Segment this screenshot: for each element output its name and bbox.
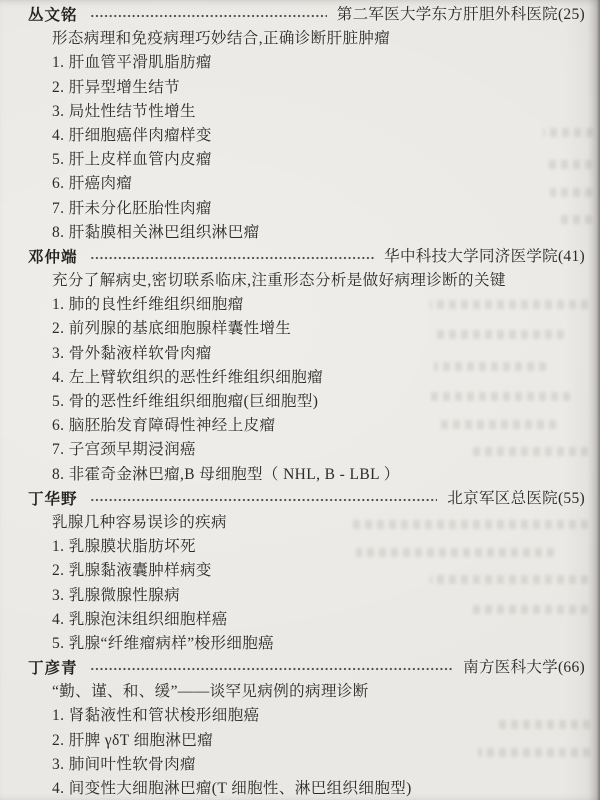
affiliation-and-page: 第二军医大学东方肝胆外科医院(25): [337, 3, 585, 27]
case-item: 3. 肺间叶性软骨肉瘤: [52, 753, 585, 777]
case-item: 2. 肝脾 γδT 细胞淋巴瘤: [52, 729, 585, 753]
case-item: 3. 乳腺微腺性腺病: [52, 584, 585, 608]
case-list: 1. 肝血管平滑肌脂肪瘤 2. 肝异型增生结节 3. 局灶性结节性增生 4. 肝…: [28, 51, 585, 245]
speaker-name: 丁彦青: [28, 656, 78, 680]
case-item: 6. 肝癌肉瘤: [52, 172, 585, 196]
case-item: 1. 肝血管平滑肌脂肪瘤: [52, 51, 585, 75]
case-item: 5. 骨的恶性纤维组织细胞瘤(巨细胞型): [52, 390, 585, 414]
case-item: 6. 脑胚胎发育障碍性神经上皮瘤: [52, 414, 585, 438]
scanned-page: 丛文铭 第二军医大学东方肝胆外科医院(25) 形态病理和免疫病理巧妙结合,正确诊…: [0, 0, 600, 800]
affiliation-and-page: 北京军区总医院(55): [447, 487, 585, 511]
dot-leader: [90, 498, 438, 502]
case-item: 3. 局灶性结节性增生: [52, 100, 585, 124]
speaker-name: 丛文铭: [28, 3, 78, 27]
case-list: 1. 乳腺膜状脂肪坏死 2. 乳腺黏液囊肿样病变 3. 乳腺微腺性腺病 4. 乳…: [28, 535, 585, 656]
toc-entry-header: 丛文铭 第二军医大学东方肝胆外科医院(25): [28, 3, 585, 27]
case-item: 2. 肝异型增生结节: [52, 76, 585, 100]
case-item: 7. 子宫颈早期浸润癌: [52, 438, 585, 462]
case-item: 8. 肝黏膜相关淋巴组织淋巴瘤: [52, 221, 585, 245]
lecture-title: 充分了解病史,密切联系临床,注重形态分析是做好病理诊断的关键: [52, 269, 585, 293]
toc-section: 丁华野 北京军区总医院(55) 乳腺几种容易误诊的疾病 1. 乳腺膜状脂肪坏死 …: [28, 487, 585, 656]
speaker-name: 邓仲端: [28, 245, 78, 269]
case-item: 1. 肺的良性纤维组织细胞瘤: [52, 293, 585, 317]
case-item: 5. 肝上皮样血管内皮瘤: [52, 148, 585, 172]
toc-entry-header: 丁华野 北京军区总医院(55): [28, 487, 585, 511]
case-list: 1. 肾黏液性和管状梭形细胞癌 2. 肝脾 γδT 细胞淋巴瘤 3. 肺间叶性软…: [28, 704, 585, 800]
lecture-title: 形态病理和免疫病理巧妙结合,正确诊断肝脏肿瘤: [52, 27, 585, 51]
case-item: 1. 肾黏液性和管状梭形细胞癌: [52, 704, 585, 728]
toc-section: 丁彦青 南方医科大学(66) “勤、谨、和、缓”——谈罕见病例的病理诊断 1. …: [28, 656, 585, 800]
case-item: 7. 肝未分化胚胎性肉瘤: [52, 197, 585, 221]
lecture-title: 乳腺几种容易误诊的疾病: [52, 511, 585, 535]
case-item: 1. 乳腺膜状脂肪坏死: [52, 535, 585, 559]
case-item: 8. 非霍奇金淋巴瘤,B 母细胞型（ NHL, B - LBL ）: [52, 463, 585, 487]
case-item: 4. 间变性大细胞淋巴瘤(T 细胞性、淋巴组织细胞型): [52, 777, 585, 800]
case-item: 4. 乳腺泡沫组织细胞样癌: [52, 608, 585, 632]
toc-entry-header: 丁彦青 南方医科大学(66): [28, 656, 585, 680]
case-item: 2. 前列腺的基底细胞腺样囊性增生: [52, 317, 585, 341]
toc-section: 丛文铭 第二军医大学东方肝胆外科医院(25) 形态病理和免疫病理巧妙结合,正确诊…: [28, 3, 585, 245]
case-item: 5. 乳腺“纤维瘤病样”梭形细胞癌: [52, 632, 585, 656]
case-item: 3. 骨外黏液样软骨肉瘤: [52, 342, 585, 366]
table-of-contents: 丛文铭 第二军医大学东方肝胆外科医院(25) 形态病理和免疫病理巧妙结合,正确诊…: [0, 0, 600, 800]
dot-leader: [90, 14, 327, 18]
dot-leader: [90, 256, 375, 260]
case-item: 2. 乳腺黏液囊肿样病变: [52, 559, 585, 583]
dot-leader: [90, 667, 454, 671]
lecture-title: “勤、谨、和、缓”——谈罕见病例的病理诊断: [52, 680, 585, 704]
toc-entry-header: 邓仲端 华中科技大学同济医学院(41): [28, 245, 585, 269]
speaker-name: 丁华野: [28, 487, 78, 511]
toc-section: 邓仲端 华中科技大学同济医学院(41) 充分了解病史,密切联系临床,注重形态分析…: [28, 245, 585, 487]
case-item: 4. 肝细胞癌伴肉瘤样变: [52, 124, 585, 148]
affiliation-and-page: 南方医科大学(66): [463, 656, 585, 680]
affiliation-and-page: 华中科技大学同济医学院(41): [384, 245, 585, 269]
case-item: 4. 左上臂软组织的恶性纤维组织细胞瘤: [52, 366, 585, 390]
case-list: 1. 肺的良性纤维组织细胞瘤 2. 前列腺的基底细胞腺样囊性增生 3. 骨外黏液…: [28, 293, 585, 487]
